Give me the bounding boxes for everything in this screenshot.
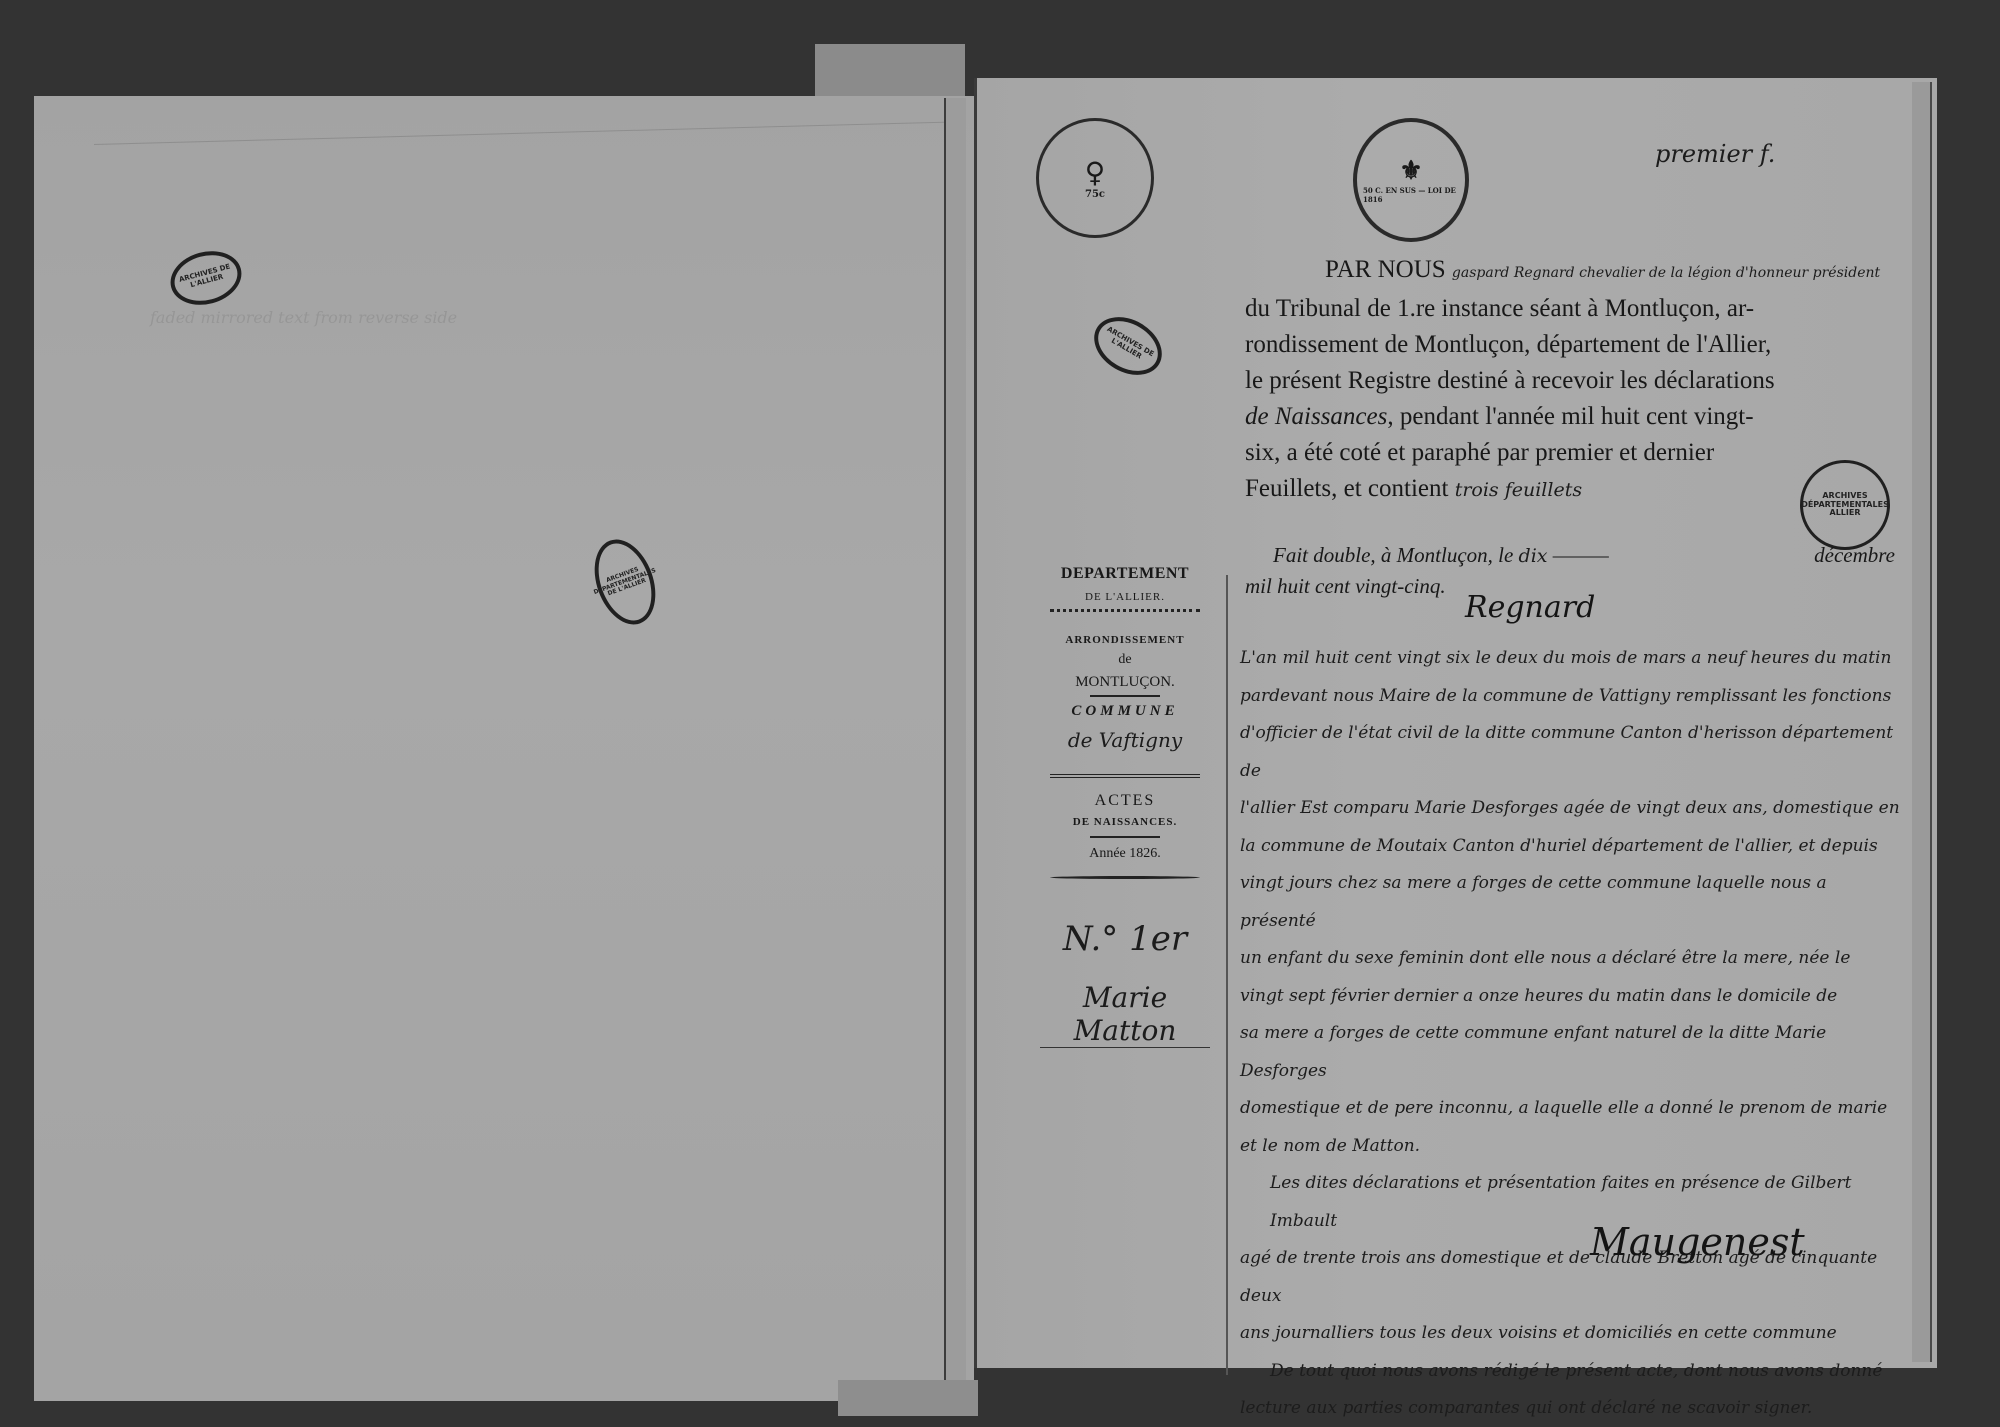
signature-regnard: Regnard <box>1465 590 1595 625</box>
fait-double-month: décembre <box>1814 540 1895 571</box>
header-line: Feuillets, et contient <box>1245 475 1448 502</box>
act-line: vingt jours chez sa mere a forges de cet… <box>1240 865 1900 940</box>
margin-column: DEPARTEMENT DE L'ALLIER. ARRONDISSEMENT … <box>1040 565 1210 1048</box>
header-line: le présent Registre destiné à recevoir l… <box>1245 363 1895 399</box>
act-line: ans journalliers tous les deux voisins e… <box>1240 1315 1900 1353</box>
act-line: De tout quoi nous avons rédigé le présen… <box>1240 1353 1900 1391</box>
divider <box>1050 876 1200 879</box>
departement-value: DE L'ALLIER. <box>1040 591 1210 603</box>
header-paragraph: PAR NOUS gaspard Regnard chevalier de la… <box>1245 252 1895 508</box>
fleur-de-lis-icon: ⚜ <box>1399 156 1422 186</box>
act-line: vingt sept février dernier a onze heures… <box>1240 978 1900 1016</box>
arrondissement-de: de <box>1040 652 1210 668</box>
actes-type: DE NAISSANCES. <box>1040 816 1210 828</box>
act-line: lecture aux parties comparantes qui ont … <box>1240 1390 1900 1427</box>
stamp-text: ARCHIVES DE L'ALLIER <box>173 262 239 293</box>
gutter-strip <box>944 98 966 1398</box>
act-line: L'an mil huit cent vingt six le deux du … <box>1240 640 1900 678</box>
act-line: l'allier Est comparu Marie Desforges agé… <box>1240 790 1900 828</box>
entry-name: Marie Matton <box>1040 981 1210 1048</box>
commune-label: COMMUNE <box>1040 703 1210 720</box>
divider <box>1050 609 1200 612</box>
cover-tab-top <box>815 44 965 102</box>
fait-double-day: dix <box>1519 545 1548 567</box>
tax-stamp-crown: ⚜ 50 C. EN SUS — LOI DE 1816 <box>1353 118 1469 242</box>
bleed-through-text: faded mirrored text from reverse side <box>150 305 910 331</box>
margin-rule <box>1226 575 1228 1375</box>
page-annotation: premier f. <box>1655 140 1775 168</box>
divider <box>1050 774 1200 778</box>
arrondissement-label: ARRONDISSEMENT <box>1040 634 1210 646</box>
tax-stamp-figure: ♀ 75c <box>1036 118 1154 238</box>
cover-tab-bottom <box>838 1380 978 1416</box>
act-line: sa mere a forges de cette commune enfant… <box>1240 1015 1900 1090</box>
entry-number: N.° 1er <box>1040 919 1210 959</box>
act-body: L'an mil huit cent vingt six le deux du … <box>1240 640 1900 1427</box>
signature-maugenest: Maugenest <box>1590 1220 1805 1264</box>
act-line: la commune de Moutaix Canton d'huriel dé… <box>1240 828 1900 866</box>
feuillets-count: trois feuillets <box>1455 479 1582 501</box>
annee: Année 1826. <box>1040 846 1210 862</box>
commune-value: de Vaftigny <box>1040 728 1210 752</box>
stamp-value: 75c <box>1085 189 1105 200</box>
stamp-text: ARCHIVES DÉPARTEMENTALES DE L'ALLIER <box>591 561 660 602</box>
stamp-text: 50 C. EN SUS — LOI DE 1816 <box>1357 186 1465 204</box>
stamp-text: ARCHIVES DE L'ALLIER <box>1096 323 1159 368</box>
president-name: gaspard Regnard chevalier de la légion d… <box>1452 265 1880 281</box>
figure-icon: ♀ <box>1085 156 1105 189</box>
fold-line <box>94 121 964 145</box>
act-line: d'officier de l'état civil de la ditte c… <box>1240 715 1900 790</box>
divider <box>1090 836 1160 838</box>
divider <box>1090 695 1160 697</box>
page-edge <box>1912 82 1932 1362</box>
header-line: du Tribunal de 1.re instance séant à Mon… <box>1245 291 1895 327</box>
header-line: six, a été coté et paraphé par premier e… <box>1245 435 1895 471</box>
act-line: pardevant nous Maire de la commune de Va… <box>1240 678 1900 716</box>
act-line: et le nom de Matton. <box>1240 1128 1900 1166</box>
par-nous: PAR NOUS <box>1325 256 1446 283</box>
header-line: , pendant l'année mil huit cent vingt- <box>1387 403 1753 430</box>
actes-label: ACTES <box>1040 792 1210 810</box>
fait-double-text: Fait double, à Montluçon, le <box>1273 543 1513 567</box>
act-line: domestique et de pere inconnu, a laquell… <box>1240 1090 1900 1128</box>
header-naissances: de Naissances <box>1245 403 1387 430</box>
departement-label: DEPARTEMENT <box>1040 565 1210 583</box>
act-line: un enfant du sexe feminin dont elle nous… <box>1240 940 1900 978</box>
header-line: rondissement de Montluçon, département d… <box>1245 327 1895 363</box>
arrondissement-value: MONTLUÇON. <box>1040 674 1210 691</box>
